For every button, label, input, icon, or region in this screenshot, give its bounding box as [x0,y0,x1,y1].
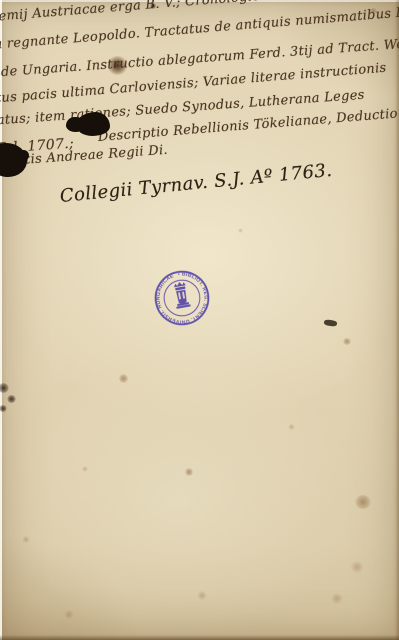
stain-spot [7,395,16,403]
stain-spot [150,3,156,9]
stain-spot [0,383,9,393]
scan-edge-right [395,0,399,640]
stain-spot [0,405,7,412]
stain-spot [64,610,74,619]
stamp-emblem-icon [172,281,191,309]
ink-blot [66,117,84,132]
stain-spot [238,228,243,233]
stain-spot [22,536,30,543]
stain-spot [370,8,377,14]
stain-spot [343,338,351,345]
library-stamp: • BIBLIOT. REG. SCIENT. UNIVERSIT. HUNGA… [143,259,222,338]
stain-spot [288,424,295,430]
scan-edge-bottom [0,635,399,640]
manuscript-page: demij Austriacae erga B. V.; Cronologicu… [0,0,399,640]
stain-spot [107,56,128,75]
stain-spot [185,468,193,476]
stain-spot [331,593,343,604]
ink-blot [18,150,29,161]
stain-spot [82,466,88,472]
stain-spot [324,319,338,327]
stain-spot [355,495,371,509]
ownership-inscription: Collegii Tyrnav. S.J. Aº 1763. [59,160,333,207]
stain-spot [197,591,207,600]
stain-spot [350,561,364,573]
stain-spot [119,374,128,383]
